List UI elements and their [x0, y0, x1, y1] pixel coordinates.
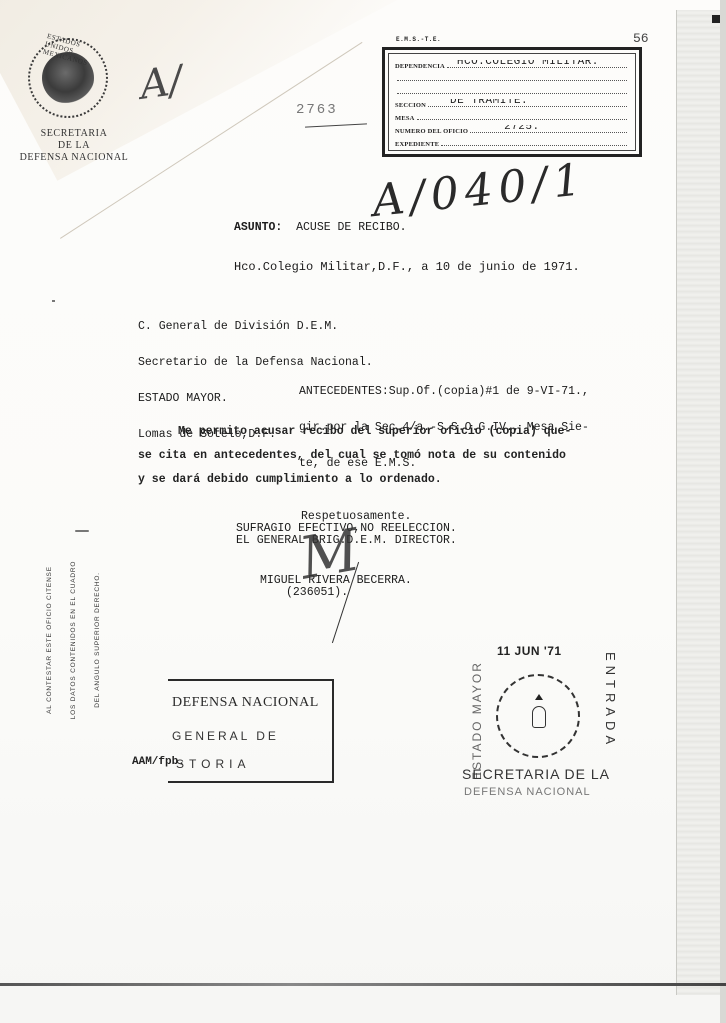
national-emblem-icon: ESTADOS UNIDOS MEXICANOS: [28, 38, 108, 118]
routing-label: SECCION: [395, 102, 426, 109]
department-line: DEFENSA NACIONAL: [18, 152, 130, 164]
routing-header-code: E.M.S.-T.E.: [396, 36, 441, 43]
routing-box-inner: DEPENDENCIA HCO.COLEGIO MILITAR. SECCION…: [388, 53, 636, 151]
body-line-3: y se dará debido cumplimiento a lo orden…: [138, 468, 442, 492]
routing-row-dependencia: DEPENDENCIA HCO.COLEGIO MILITAR.: [395, 60, 629, 73]
routing-label: NUMERO DEL OFICIO: [395, 128, 468, 135]
routing-row-blank: [395, 73, 629, 86]
typist-initials: AAM/fpb.: [132, 756, 185, 768]
handwritten-folio: A/040/1: [370, 154, 590, 227]
routing-field: DE TRAMITE.: [428, 99, 627, 107]
keyhole-icon: [532, 706, 546, 728]
stray-mark: [52, 300, 55, 302]
place-date: Hco.Colegio Militar,D.F., a 10 de junio …: [234, 261, 580, 273]
archive-stamp: DEFENSA NACIONAL GENERAL DE STORIA: [168, 679, 334, 783]
archive-stamp-line: GENERAL DE: [172, 729, 279, 743]
page-edge: [720, 0, 726, 1023]
side-instruction-note: AL CONTESTAR ESTE OFICIO CITENSE LOS DAT…: [30, 540, 118, 740]
routing-label: EXPEDIENTE: [395, 141, 439, 148]
routing-label: DEPENDENCIA: [395, 63, 445, 70]
clock-dial-icon: [496, 674, 580, 758]
stamp-vertical-right: ENTRADA: [603, 652, 618, 749]
faint-stamp-number: 2763: [296, 102, 338, 118]
routing-label: MESA: [395, 115, 415, 122]
stamp-date: 11 JUN '71: [497, 644, 562, 658]
subject-value: ACUSE DE RECIBO.: [296, 221, 406, 234]
routing-row-oficio: NUMERO DEL OFICIO 2725.: [395, 125, 629, 138]
routing-field: [397, 86, 627, 94]
department-name: SECRETARIA DE LA DEFENSA NACIONAL: [18, 128, 130, 164]
sheet-bottom-edge: [0, 983, 726, 986]
routing-row-mesa: MESA: [395, 112, 629, 125]
routing-row-blank: [395, 86, 629, 99]
recipient-line: C. General de División D.E.M.: [138, 321, 373, 333]
routing-row-seccion: SECCION DE TRAMITE.: [395, 99, 629, 112]
antecedentes-line: ANTECEDENTES:Sup.Of.(copia)#1 de 9-VI-71…: [299, 386, 589, 398]
routing-value: HCO.COLEGIO MILITAR.: [457, 60, 599, 68]
archive-stamp-line: STORIA: [176, 757, 250, 771]
body-line-2: se cita en antecedentes, del cual se tom…: [138, 444, 566, 468]
underlying-sheet-edge: [676, 10, 721, 995]
routing-field: [417, 112, 627, 120]
subject-line: ASUNTO: ACUSE DE RECIBO.: [234, 222, 407, 234]
department-line: DE LA: [18, 140, 130, 152]
page-number: 56: [633, 31, 649, 46]
routing-field: [441, 138, 627, 146]
side-note-line: AL CONTESTAR ESTE OFICIO CITENSE: [46, 540, 54, 740]
stamp-vertical-left: ESTADO MAYOR: [470, 661, 484, 780]
document-page: ESTADOS UNIDOS MEXICANOS SECRETARIA DE L…: [0, 0, 726, 1023]
routing-field: HCO.COLEGIO MILITAR.: [447, 60, 627, 68]
side-note-line: LOS DATOS CONTENIDOS EN EL CUADRO: [70, 540, 78, 740]
routing-box: DEPENDENCIA HCO.COLEGIO MILITAR. SECCION…: [382, 47, 642, 157]
routing-value: DE TRAMITE.: [450, 99, 528, 107]
routing-field: 2725.: [470, 125, 627, 133]
routing-value: 2725.: [504, 125, 540, 133]
archive-stamp-line: DEFENSA NACIONAL: [172, 695, 319, 711]
dial-pointer-icon: [535, 694, 543, 700]
routing-row-expediente: EXPEDIENTE: [395, 138, 629, 151]
side-note-line: DEL ANGULO SUPERIOR DERECHO.: [94, 540, 102, 740]
signature: M: [295, 515, 365, 592]
stamp-bottom-line: DEFENSA NACIONAL: [464, 786, 591, 798]
stray-mark: [75, 530, 89, 532]
routing-field: [397, 73, 627, 81]
underline: [305, 123, 367, 127]
subject-label: ASUNTO:: [234, 221, 282, 234]
body-line-1: Me permito acusar recibo del superior of…: [178, 420, 571, 444]
handwritten-mark: A/: [137, 57, 185, 108]
entrada-stamp: 11 JUN '71 ESTADO MAYOR ENTRADA SECRETAR…: [450, 630, 630, 810]
department-line: SECRETARIA: [18, 128, 130, 140]
stamp-bottom-line: SECRETARIA DE LA: [462, 766, 610, 782]
